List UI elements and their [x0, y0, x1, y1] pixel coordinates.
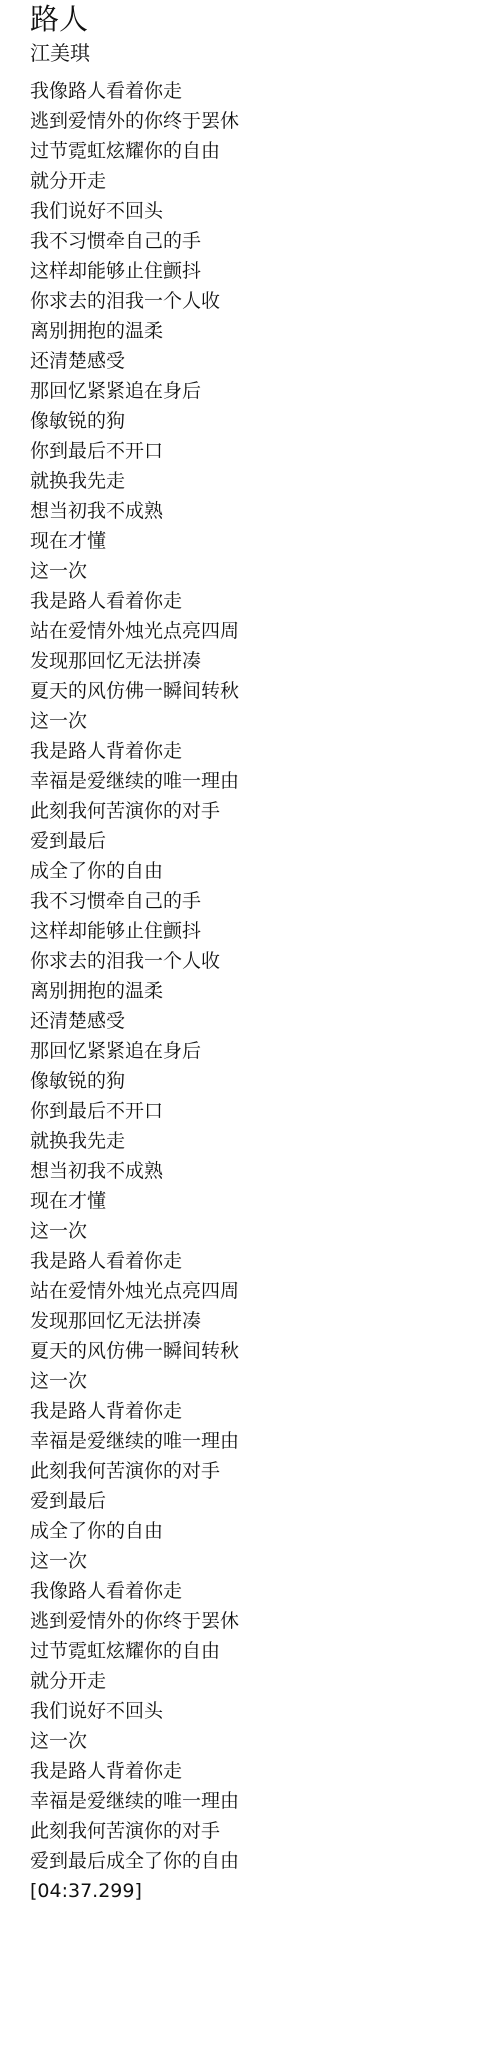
lyric-line: 我不习惯牵自己的手: [30, 226, 500, 256]
lyric-line: 想当初我不成熟: [30, 1156, 500, 1186]
lyric-line: 像敏锐的狗: [30, 1066, 500, 1096]
lyric-line: 那回忆紧紧追在身后: [30, 376, 500, 406]
lyric-line: 我不习惯牵自己的手: [30, 886, 500, 916]
lyric-line: 站在爱情外烛光点亮四周: [30, 616, 500, 646]
lyric-line: 逃到爱情外的你终于罢休: [30, 106, 500, 136]
lyric-line: 这一次: [30, 1216, 500, 1246]
lyric-line: 这样却能够止住颤抖: [30, 256, 500, 286]
lyric-line: 现在才懂: [30, 526, 500, 556]
lyric-line: 还清楚感受: [30, 346, 500, 376]
lyric-line: 就分开走: [30, 1666, 500, 1696]
lyric-line: 爱到最后成全了你的自由: [30, 1846, 500, 1876]
lyric-line: 这一次: [30, 1726, 500, 1756]
lyric-line: 站在爱情外烛光点亮四周: [30, 1276, 500, 1306]
lyric-line: 此刻我何苦演你的对手: [30, 1816, 500, 1846]
lyric-line: 我是路人背着你走: [30, 1756, 500, 1786]
lyric-line: 你求去的泪我一个人收: [30, 286, 500, 316]
lyric-line: 过节霓虹炫耀你的自由: [30, 1636, 500, 1666]
lyric-line: 我像路人看着你走: [30, 1576, 500, 1606]
song-title: 路人: [30, 0, 500, 38]
lyric-line: 逃到爱情外的你终于罢休: [30, 1606, 500, 1636]
lyric-line: 幸福是爱继续的唯一理由: [30, 1786, 500, 1816]
lyric-line: 现在才懂: [30, 1186, 500, 1216]
lyric-line: 我是路人看着你走: [30, 586, 500, 616]
lyric-line: 离别拥抱的温柔: [30, 976, 500, 1006]
lyrics-page: 路人 江美琪 我像路人看着你走逃到爱情外的你终于罢休过节霓虹炫耀你的自由就分开走…: [0, 0, 500, 1906]
lyric-line: 夏天的风仿佛一瞬间转秋: [30, 676, 500, 706]
lyric-line: 我们说好不回头: [30, 1696, 500, 1726]
lyric-line: 成全了你的自由: [30, 856, 500, 886]
lyric-line: 像敏锐的狗: [30, 406, 500, 436]
lyric-line: 此刻我何苦演你的对手: [30, 1456, 500, 1486]
lyric-line: 夏天的风仿佛一瞬间转秋: [30, 1336, 500, 1366]
lyric-line: 想当初我不成熟: [30, 496, 500, 526]
lyric-line: 过节霓虹炫耀你的自由: [30, 136, 500, 166]
lyric-line: 还清楚感受: [30, 1006, 500, 1036]
lyric-line: 那回忆紧紧追在身后: [30, 1036, 500, 1066]
lyric-line: 幸福是爱继续的唯一理由: [30, 1426, 500, 1456]
lyric-line: 这一次: [30, 556, 500, 586]
lyric-line: 爱到最后: [30, 826, 500, 856]
timestamp: [04:37.299]: [30, 1876, 500, 1906]
lyric-line: 你到最后不开口: [30, 436, 500, 466]
lyric-line: 这一次: [30, 1366, 500, 1396]
lyric-line: 成全了你的自由: [30, 1516, 500, 1546]
lyric-line: 爱到最后: [30, 1486, 500, 1516]
lyric-line: 离别拥抱的温柔: [30, 316, 500, 346]
lyric-line: 我是路人背着你走: [30, 1396, 500, 1426]
lyric-line: 发现那回忆无法拼凑: [30, 1306, 500, 1336]
lyric-line: 你求去的泪我一个人收: [30, 946, 500, 976]
lyric-line: 我是路人看着你走: [30, 1246, 500, 1276]
lyric-line: 幸福是爱继续的唯一理由: [30, 766, 500, 796]
lyric-line: 我们说好不回头: [30, 196, 500, 226]
lyrics-list: 我像路人看着你走逃到爱情外的你终于罢休过节霓虹炫耀你的自由就分开走我们说好不回头…: [30, 76, 500, 1906]
lyric-line: 这一次: [30, 1546, 500, 1576]
lyric-line: 就换我先走: [30, 1126, 500, 1156]
lyric-line: 这样却能够止住颤抖: [30, 916, 500, 946]
lyric-line: 我像路人看着你走: [30, 76, 500, 106]
lyric-line: 就换我先走: [30, 466, 500, 496]
lyric-line: 我是路人背着你走: [30, 736, 500, 766]
lyric-line: 此刻我何苦演你的对手: [30, 796, 500, 826]
lyric-line: 这一次: [30, 706, 500, 736]
lyric-line: 你到最后不开口: [30, 1096, 500, 1126]
lyric-line: 发现那回忆无法拼凑: [30, 646, 500, 676]
artist-name: 江美琪: [30, 38, 500, 68]
lyric-line: 就分开走: [30, 166, 500, 196]
